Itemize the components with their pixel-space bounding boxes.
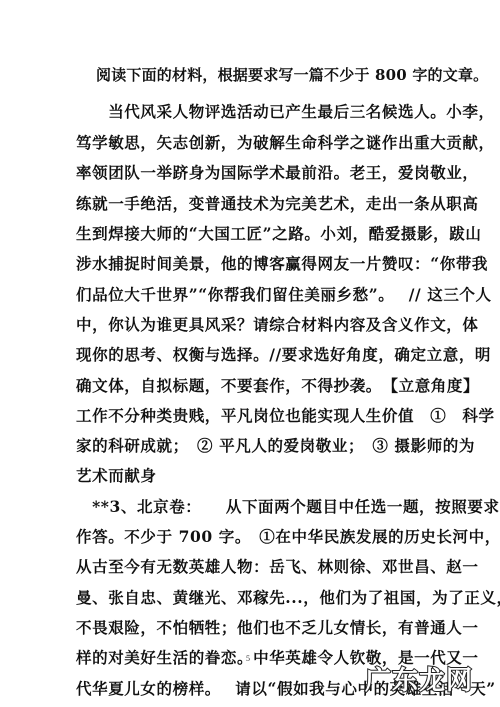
site-watermark-logo: 广东龙网 (365, 660, 473, 697)
text-line: 们品位大千世界”“你帮我们留住美丽乡愁”。 // 这三个人 (76, 283, 492, 305)
text-line: 曼、张自忠、黄继光、邓稼先...，他们为了祖国，为了正义， (76, 586, 500, 608)
page-number: 5 (246, 654, 250, 663)
document-page: 阅读下面的材料，根据要求写一篇不少于 800 字的文章。 当代风采人物评选活动已… (0, 0, 500, 707)
essay-prompt-heading: 阅读下面的材料，根据要求写一篇不少于 800 字的文章。 (96, 64, 436, 85)
text-line: 生到焊接大师的“大国工匠”之路。小刘，酷爱摄影，跋山 (76, 222, 481, 244)
text-line: 练就一手绝活，变普通技术为完美艺术，走出一条从职高 (76, 192, 479, 214)
text-line: 笃学敏思，矢志创新，为破解生命科学之谜作出重大贡献， (76, 131, 495, 153)
text-line: 确文体，自拟标题，不要套作，不得抄袭。 【立意角度】 (76, 374, 479, 396)
text-line: 当代风采人物评选活动已产生最后三名候选人。小李， (76, 100, 495, 122)
text-line: 作答。不少于 700 字。 ①在中华民族发展的历史长河中， (76, 525, 500, 547)
text-line: 家的科研成就； ② 平凡人的爱岗敬业； ③ 摄影师的为 (76, 434, 475, 456)
text-line: 涉水捕捉时间美景，他的博客赢得网友一片赞叹：“你带我 (76, 252, 488, 274)
text-line: 率领团队一举跻身为国际学术最前沿。老王，爱岗敬业， (76, 161, 479, 183)
text-line: 艺术而献身 (76, 464, 157, 486)
text-line: 工作不分种类贵贱，平凡岗位也能实现人生价值 ① 科学 (76, 404, 495, 426)
text-line: 中，你认为谁更具风采？请综合材料内容及含义作文，体 (76, 313, 479, 335)
text-line: 从古至今有无数英雄人物：岳飞、林则徐、邓世昌、赵一 (76, 555, 479, 577)
text-line: 不畏艰险，不怕牺牲；他们也不乏儿女情长，有普通人一 (76, 616, 479, 638)
text-line: **3、北京卷： 从下面两个题目中任选一题，按照要求 (76, 495, 500, 517)
text-line: 现你的思考、权衡与选择。//要求选好角度，确定立意，明 (76, 343, 491, 365)
